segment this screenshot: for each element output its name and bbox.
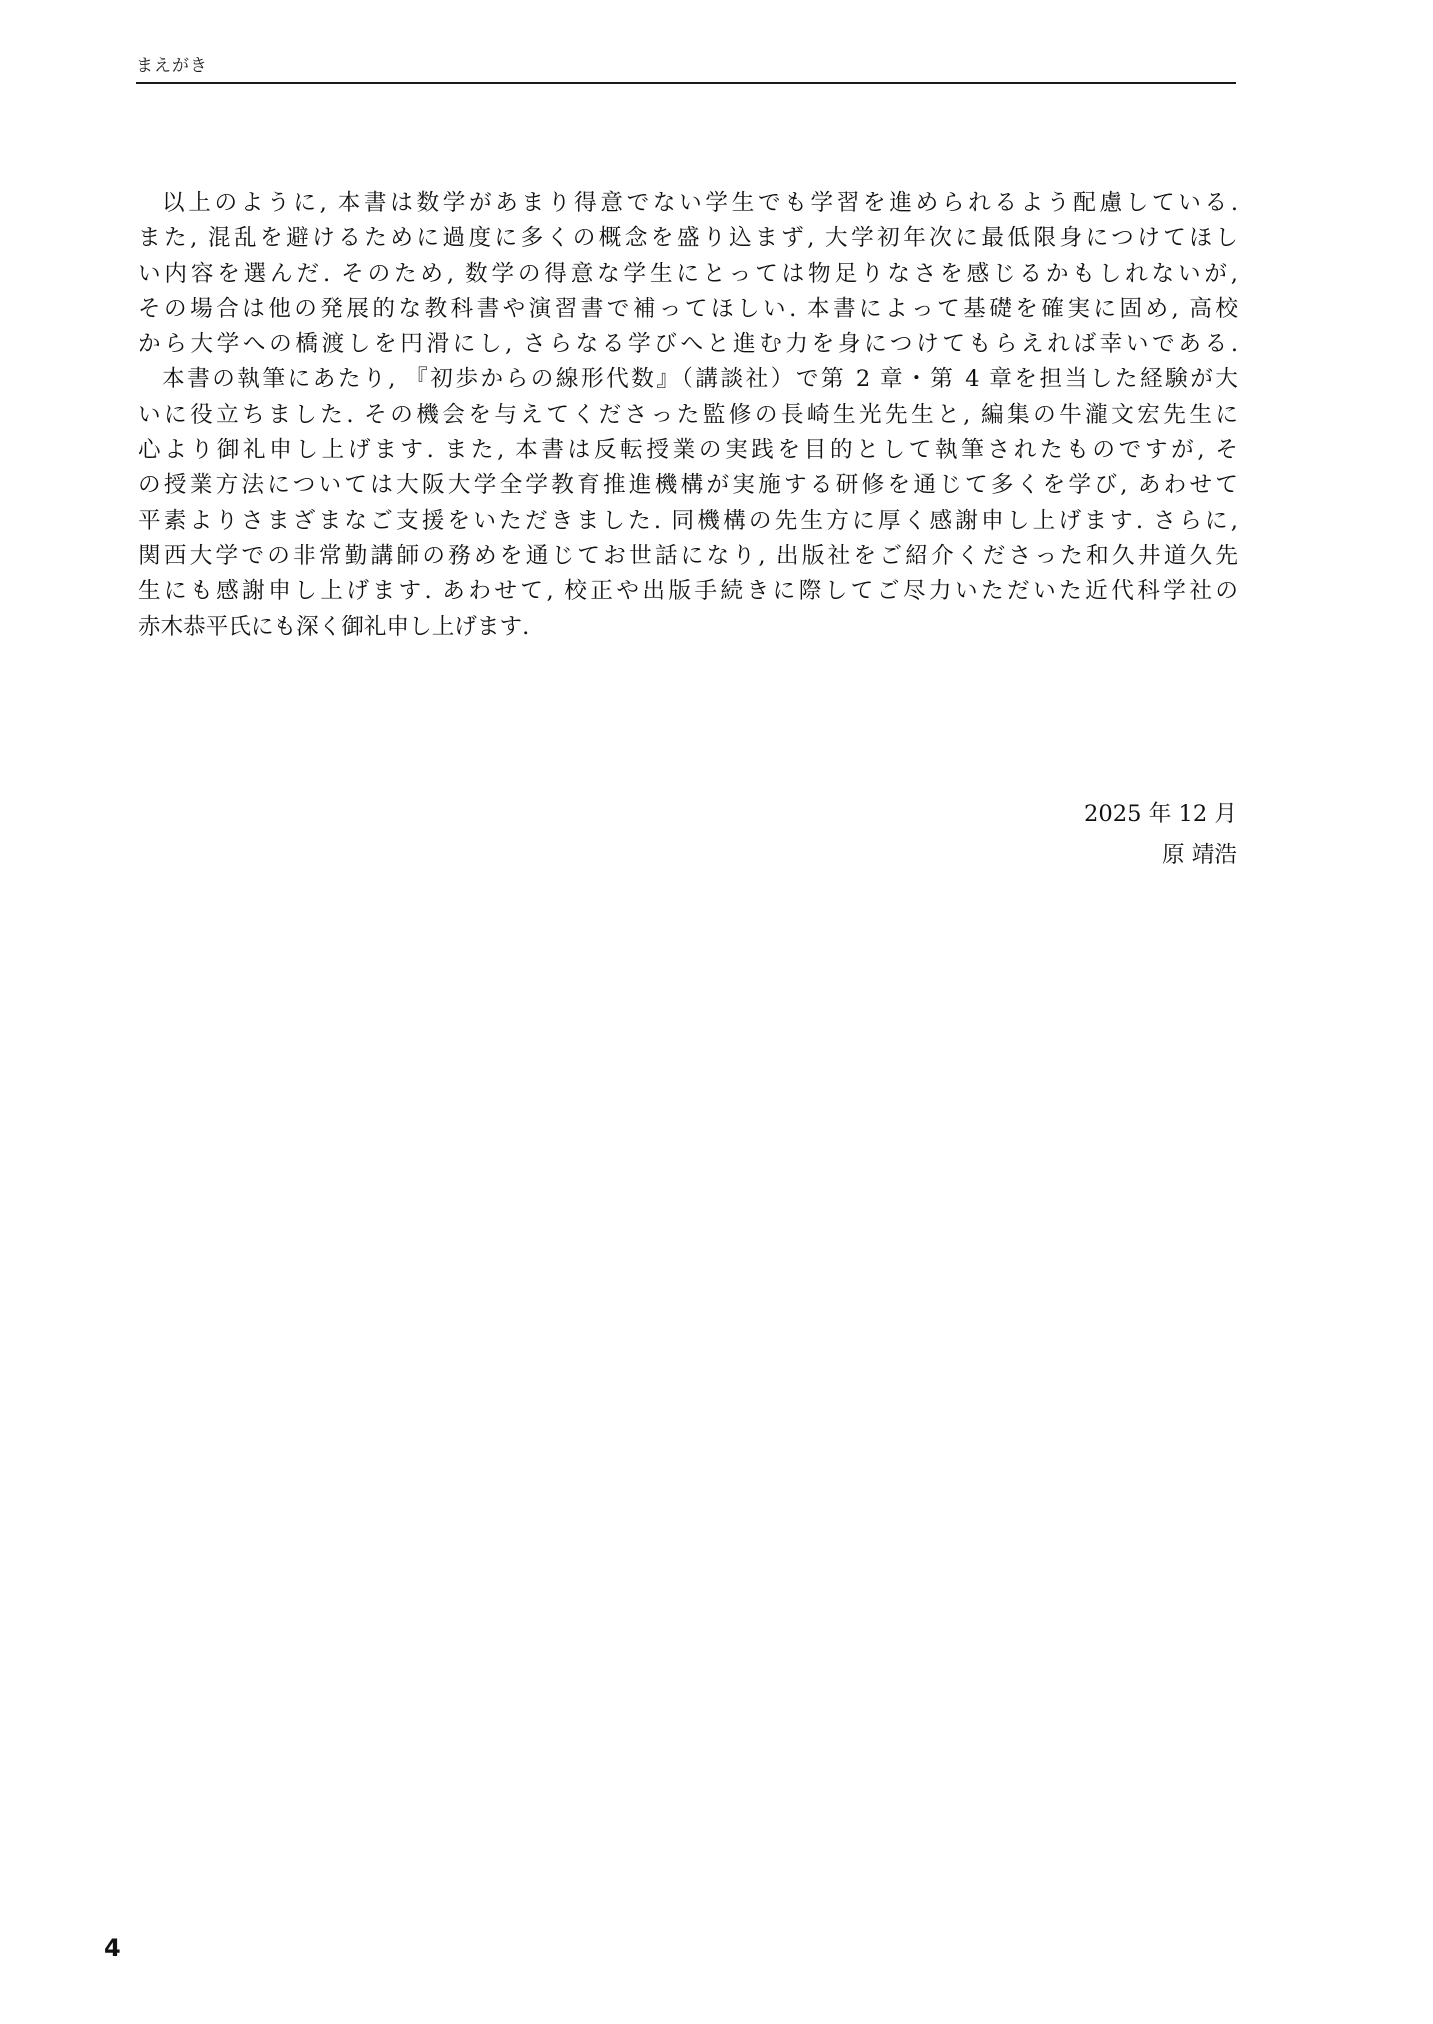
body-text: 以上のように, 本書は数学があまり得意でない学生でも学習を進められるよう配慮して… — [138, 186, 1238, 645]
page-number: 4 — [104, 1934, 121, 1962]
paragraph-2: 本書の執筆にあたり, 『初歩からの線形代数』（講談社）で第 2 章・第 4 章を… — [138, 362, 1238, 644]
running-head: まえがき — [136, 56, 1236, 84]
signature: 2025 年 12 月 原 靖浩 — [1084, 794, 1237, 876]
text-line: 心より御礼申し上げます. また, 本書は反転授業の実践を目的として執筆されたもの… — [138, 433, 1238, 468]
signature-author: 原 靖浩 — [1084, 835, 1237, 876]
text-line: その場合は他の発展的な教科書や演習書で補ってほしい. 本書によって基礎を確実に固… — [138, 292, 1238, 327]
running-head-title: まえがき — [136, 56, 208, 76]
text-line: い内容を選んだ. そのため, 数学の得意な学生にとっては物足りなさを感じるかもし… — [138, 257, 1238, 292]
paragraph-1: 以上のように, 本書は数学があまり得意でない学生でも学習を進められるよう配慮して… — [138, 186, 1238, 362]
text-line: 以上のように, 本書は数学があまり得意でない学生でも学習を進められるよう配慮して… — [138, 186, 1238, 221]
text-line: の授業方法については大阪大学全学教育推進機構が実施する研修を通じて多くを学び, … — [138, 468, 1238, 503]
text-line: 赤木恭平氏にも深く御礼申し上げます. — [138, 610, 1238, 645]
text-line: また, 混乱を避けるために過度に多くの概念を盛り込まず, 大学初年次に最低限身に… — [138, 221, 1238, 256]
text-line: から大学への橋渡しを円滑にし, さらなる学びへと進む力を身につけてもらえれば幸い… — [138, 327, 1238, 362]
text-line: 本書の執筆にあたり, 『初歩からの線形代数』（講談社）で第 2 章・第 4 章を… — [138, 362, 1238, 397]
text-line: いに役立ちました. その機会を与えてくださった監修の長崎生光先生と, 編集の牛瀧… — [138, 398, 1238, 433]
text-line: 平素よりさまざまなご支援をいただきました. 同機構の先生方に厚く感謝申し上げます… — [138, 504, 1238, 539]
text-line: 生にも感謝申し上げます. あわせて, 校正や出版手続きに際してご尽力いただいた近… — [138, 574, 1238, 609]
signature-date: 2025 年 12 月 — [1084, 794, 1237, 835]
text-line: 関西大学での非常勤講師の務めを通じてお世話になり, 出版社をご紹介くださった和久… — [138, 539, 1238, 574]
